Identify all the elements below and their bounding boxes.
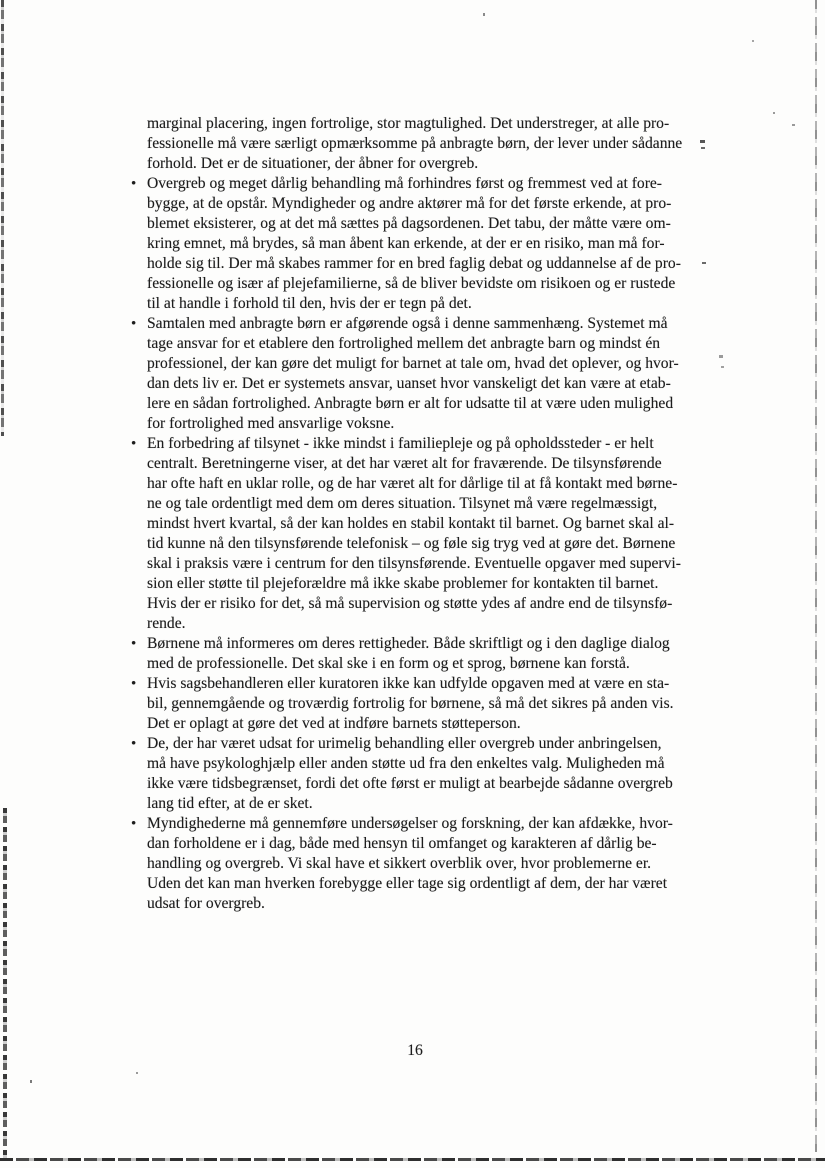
scanned-document-page: marginal placering, ingen fortrolige, st… bbox=[0, 0, 825, 1168]
bullet-list: •Overgreb og meget dårlig behandling må … bbox=[147, 174, 747, 914]
bullet-item: •Overgreb og meget dårlig behandling må … bbox=[147, 174, 747, 314]
bullet-text: Overgreb og meget dårlig behandling må f… bbox=[147, 175, 681, 312]
bullet-marker: • bbox=[131, 174, 136, 194]
scan-speck bbox=[483, 13, 485, 16]
bullet-text: Samtalen med anbragte børn er afgørende … bbox=[147, 315, 679, 432]
bullet-item: •Myndighederne må gennemføre undersøgels… bbox=[147, 814, 747, 914]
bullet-text: Hvis sagsbehandleren eller kuratoren ikk… bbox=[147, 675, 674, 732]
scan-artifact-left-top bbox=[1, 0, 4, 436]
bullet-marker: • bbox=[131, 634, 136, 654]
bullet-item: •De, der har været udsat for urimelig be… bbox=[147, 734, 747, 814]
bullet-marker: • bbox=[131, 434, 136, 454]
bullet-text: Myndighederne må gennemføre undersøgelse… bbox=[147, 815, 673, 912]
scan-speck bbox=[30, 1080, 32, 1083]
scan-speck bbox=[136, 1072, 138, 1074]
scan-artifact-bottom bbox=[0, 1158, 825, 1161]
bullet-item: •En forbedring af tilsynet - ikke mindst… bbox=[147, 434, 747, 634]
bullet-marker: • bbox=[131, 734, 136, 754]
bullet-item: •Børnene må informeres om deres rettighe… bbox=[147, 634, 747, 674]
scan-speck bbox=[773, 112, 775, 114]
bullet-marker: • bbox=[131, 314, 136, 334]
page-number: 16 bbox=[0, 1041, 825, 1061]
bullet-marker: • bbox=[131, 674, 136, 694]
scan-artifact-right bbox=[815, 0, 817, 1152]
bullet-item: •Hvis sagsbehandleren eller kuratoren ik… bbox=[147, 674, 747, 734]
bullet-marker: • bbox=[131, 814, 136, 834]
bullet-text: Børnene må informeres om deres rettighed… bbox=[147, 635, 670, 672]
scan-artifact-left-bottom bbox=[3, 808, 7, 1160]
bullet-item: •Samtalen med anbragte børn er afgørende… bbox=[147, 314, 747, 434]
intro-paragraph: marginal placering, ingen fortrolige, st… bbox=[147, 114, 747, 174]
bullet-text: En forbedring af tilsynet - ikke mindst … bbox=[147, 435, 681, 632]
scan-speck bbox=[752, 40, 754, 42]
document-text: marginal placering, ingen fortrolige, st… bbox=[147, 114, 747, 914]
bullet-text: De, der har været udsat for urimelig beh… bbox=[147, 735, 673, 812]
scan-speck bbox=[792, 124, 795, 126]
